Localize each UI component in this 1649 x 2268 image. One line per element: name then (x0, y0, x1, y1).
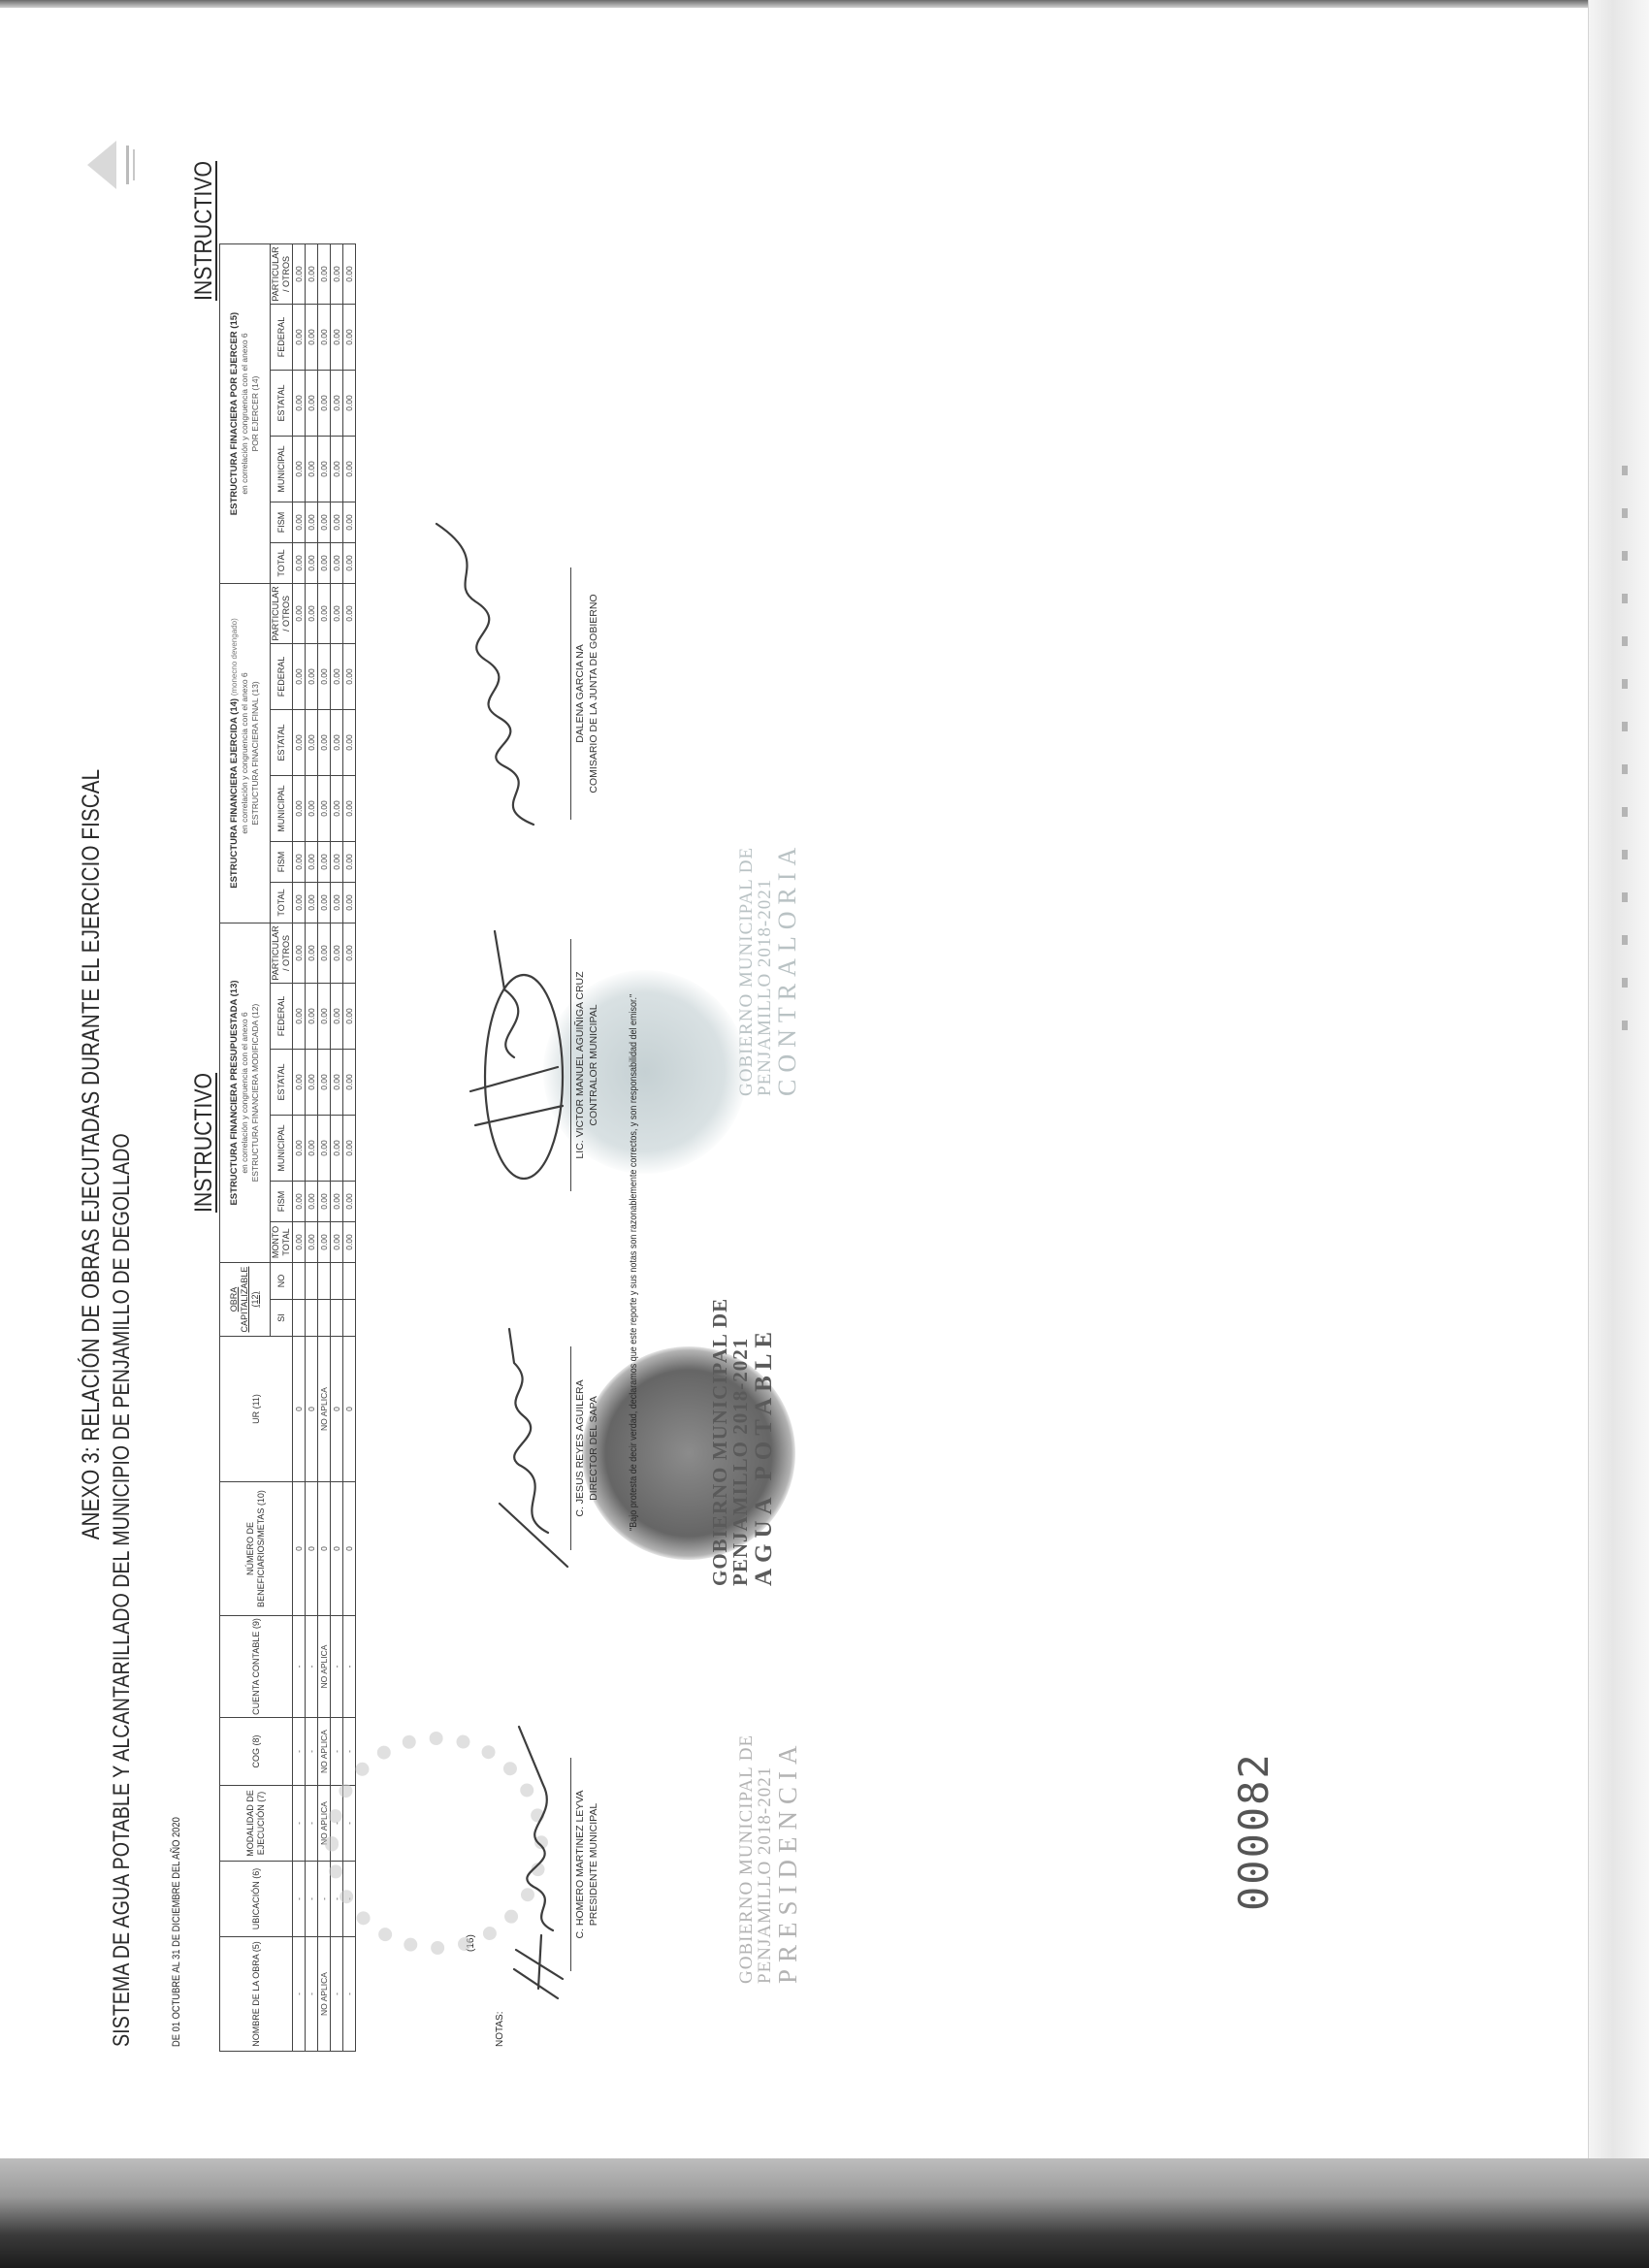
cell-nombre: - (306, 1937, 318, 2052)
cell-amount: 0.00 (331, 1182, 343, 1222)
cell-amount: 0.00 (293, 923, 306, 984)
col-nombre-obra: NOMBRE DE LA OBRA (5) (220, 1937, 293, 2052)
cell-amount: 0.00 (293, 710, 306, 776)
cell-amount: 0.00 (306, 1050, 318, 1116)
cell-cog: NO APLICA (318, 1718, 331, 1786)
stamp-contraloria: GOBIERNO MUNICIPAL DE PENJAMILLO 2018-20… (737, 841, 800, 1096)
col-cuenta-contable: CUENTA CONTABLE (9) (220, 1616, 293, 1718)
scanner-bed-shadow (0, 2158, 1649, 2268)
cell-cog: - (293, 1718, 306, 1786)
cell-si (318, 1300, 331, 1337)
cell-amount: 0.00 (318, 371, 331, 437)
cell-amount: 0.00 (318, 1116, 331, 1182)
signature-line (570, 939, 571, 1191)
cell-amount: 0.00 (293, 883, 306, 923)
cell-amount: 0.00 (343, 984, 356, 1050)
group-1-line3: ESTRUCTURA FINANCIERA MODIFICADA (12) (250, 923, 261, 1262)
signature-presidente: C. HOMERO MARTINEZ LEYVA PRESIDENTE MUNI… (570, 1758, 600, 1971)
cell-amount: 0.00 (331, 371, 343, 437)
group-ejercida: ESTRUCTURA FINANCIERA EJERCIDA (14) (mon… (220, 584, 271, 923)
signature-comisario: DALENA GARCIA NA COMISARIO DE LA JUNTA D… (570, 567, 600, 820)
subcol-g1: ESTATAL (271, 1050, 293, 1116)
cell-amount: 0.00 (343, 502, 356, 543)
cell-amount: 0.00 (331, 776, 343, 842)
cell-no (318, 1263, 331, 1300)
cell-amount: 0.00 (318, 305, 331, 371)
subcol-g2: MUNICIPAL (271, 776, 293, 842)
cell-amount: 0.00 (331, 305, 343, 371)
scan-bleed-marks (1618, 466, 1632, 1145)
stamp-line3: CONTRALORIA (775, 841, 801, 1096)
cell-amount: 0.00 (331, 883, 343, 923)
subcol-g2: FISM (271, 842, 293, 883)
signer-name: C. HOMERO MARTINEZ LEYVA (573, 1758, 587, 1971)
subcol-g2: PARTICULAR / OTROS (271, 584, 293, 644)
cell-cuenta: - (343, 1616, 356, 1718)
signature-scrawl-presidente-icon (504, 1717, 572, 2008)
table-row: -----000.000.000.000.000.000.000.000.000… (306, 244, 318, 2052)
cell-amount: 0.00 (343, 305, 356, 371)
cell-amount: 0.00 (306, 984, 318, 1050)
cell-beneficiarios: 0 (306, 1482, 318, 1616)
cell-amount: 0.00 (306, 584, 318, 644)
stamp-line1: GOBIERNO MUNICIPAL DE (737, 1734, 756, 1984)
cell-amount: 0.00 (331, 502, 343, 543)
institution-logo-icon (82, 136, 160, 194)
cell-amount: 0.00 (306, 543, 318, 584)
cell-beneficiarios: 0 (343, 1482, 356, 1616)
subcol-g1: MUNICIPAL (271, 1116, 293, 1182)
obra-capitalizable-label: OBRA CAPITALIZABLE (229, 1267, 249, 1333)
cell-amount: 0.00 (293, 502, 306, 543)
cell-amount: 0.00 (343, 883, 356, 923)
stamp-line1: GOBIERNO MUNICIPAL DE (710, 1298, 730, 1586)
cell-cuenta: - (331, 1616, 343, 1718)
col-beneficiarios: NÚMERO DE BENEFICIARIOS/METAS (10) (220, 1482, 293, 1616)
cell-amount: 0.00 (306, 305, 318, 371)
group-1-line2: en correlación y congruencia con el anex… (240, 923, 250, 1262)
signature-line (570, 1346, 571, 1550)
cell-beneficiarios: 0 (318, 1482, 331, 1616)
subcol-g2: FEDERAL (271, 644, 293, 710)
works-table: NOMBRE DE LA OBRA (5) UBICACIÓN (6) MODA… (219, 243, 356, 2052)
col-si: SI (271, 1300, 293, 1337)
cell-amount: 0.00 (343, 371, 356, 437)
stamp-line2: PENJAMILLO 2018-2021 (756, 1734, 774, 1984)
group-3-title: ESTRUCTURA FINACIERA POR EJERCER (15) (229, 312, 240, 515)
subcol-g3: FEDERAL (271, 305, 293, 371)
signature-line (570, 1758, 571, 1971)
group-2-note: (monecno devengado) (230, 618, 239, 696)
stamp-presidencia: GOBIERNO MUNICIPAL DE PENJAMILLO 2018-20… (737, 1734, 801, 1984)
signature-director: C. JESUS REYES AGUILERA DIRECTOR DEL SAP… (570, 1346, 600, 1550)
cell-amount: 0.00 (293, 1182, 306, 1222)
group-2-line2: en correlación y congruencia con el anex… (240, 584, 250, 923)
subcol-g1: PARTICULAR / OTROS (271, 923, 293, 984)
group-2-line3: ESTRUCTURA FINACIERA FINAL (13) (250, 584, 261, 923)
cell-ubicacion: - (306, 1862, 318, 1937)
cell-ur: 0 (331, 1337, 343, 1482)
cell-amount: 0.00 (318, 1182, 331, 1222)
subcol-g2: TOTAL (271, 883, 293, 923)
cell-si (331, 1300, 343, 1337)
stamp-line2: PENJAMILLO 2018-2021 (756, 841, 774, 1096)
group-presupuestada: ESTRUCTURA FINANCIERA PRESUPUESTADA (13)… (220, 923, 271, 1263)
cell-cog: - (306, 1718, 318, 1786)
subcol-g3: MUNICIPAL (271, 437, 293, 502)
cell-cog: - (331, 1718, 343, 1786)
scan-top-edge (0, 0, 1649, 8)
cell-nombre: - (343, 1937, 356, 2052)
cell-amount: 0.00 (318, 883, 331, 923)
cell-amount: 0.00 (343, 644, 356, 710)
subcol-g3: PARTICULAR / OTROS (271, 244, 293, 305)
cell-amount: 0.00 (331, 710, 343, 776)
cell-amount: 0.00 (293, 776, 306, 842)
cell-amount: 0.00 (306, 842, 318, 883)
cell-no (293, 1263, 306, 1300)
cell-amount: 0.00 (293, 244, 306, 305)
col-modalidad: MODALIDAD DE EJECUCIÓN (7) (220, 1786, 293, 1862)
col-ur: UR (11) (220, 1337, 293, 1482)
group-3-line2: en correlación y congruencia con el anex… (240, 244, 250, 583)
group-2-title: ESTRUCTURA FINANCIERA EJERCIDA (14) (229, 698, 240, 889)
col-ubicacion: UBICACIÓN (6) (220, 1862, 293, 1937)
cell-amount: 0.00 (318, 543, 331, 584)
folio-number: 000082 (1230, 1752, 1277, 1911)
cell-amount: 0.00 (318, 437, 331, 502)
cell-si (343, 1300, 356, 1337)
signature-scrawl-contralor-icon (456, 912, 572, 1183)
signer-role: DIRECTOR DEL SAPA (587, 1346, 600, 1550)
cell-nombre: NO APLICA (318, 1937, 331, 2052)
cell-amount: 0.00 (318, 776, 331, 842)
cell-amount: 0.00 (318, 502, 331, 543)
cell-no (331, 1263, 343, 1300)
cell-amount: 0.00 (331, 1222, 343, 1263)
cell-amount: 0.00 (306, 644, 318, 710)
cell-amount: 0.00 (293, 437, 306, 502)
group-por-ejercer: ESTRUCTURA FINACIERA POR EJERCER (15) en… (220, 244, 271, 584)
cell-amount: 0.00 (331, 584, 343, 644)
cell-ur: 0 (343, 1337, 356, 1482)
table-row: -----000.000.000.000.000.000.000.000.000… (293, 244, 306, 2052)
signer-role: COMISARIO DE LA JUNTA DE GOBIERNO (587, 567, 600, 820)
cell-amount: 0.00 (293, 1116, 306, 1182)
cell-amount: 0.00 (293, 543, 306, 584)
cell-amount: 0.00 (306, 1182, 318, 1222)
subcol-g1: FEDERAL (271, 984, 293, 1050)
cell-amount: 0.00 (318, 984, 331, 1050)
cell-beneficiarios: 0 (293, 1482, 306, 1616)
cell-amount: 0.00 (318, 1222, 331, 1263)
subcol-g3: FISM (271, 502, 293, 543)
cell-amount: 0.00 (343, 244, 356, 305)
cell-amount: 0.00 (318, 842, 331, 883)
cell-amount: 0.00 (343, 437, 356, 502)
cell-si (293, 1300, 306, 1337)
cell-no (306, 1263, 318, 1300)
cell-amount: 0.00 (343, 1222, 356, 1263)
cell-amount: 0.00 (331, 1050, 343, 1116)
cell-amount: 0.00 (293, 584, 306, 644)
cell-modalidad: - (306, 1786, 318, 1862)
signature-line (570, 567, 571, 820)
group-1-title: ESTRUCTURA FINANCIERA PRESUPUESTADA (13) (229, 980, 240, 1205)
cell-amount: 0.00 (318, 923, 331, 984)
cell-amount: 0.00 (343, 842, 356, 883)
cell-amount: 0.00 (331, 437, 343, 502)
cell-amount: 0.00 (343, 1116, 356, 1182)
cell-cuenta: - (306, 1616, 318, 1718)
cell-beneficiarios: 0 (331, 1482, 343, 1616)
col-cog: COG (8) (220, 1718, 293, 1786)
cell-cuenta: - (293, 1616, 306, 1718)
stamp-line3: AGUA POTABLE (752, 1298, 777, 1586)
stamp-agua-potable: GOBIERNO MUNICIPAL DE PENJAMILLO 2018-20… (710, 1298, 776, 1586)
cell-ur: 0 (306, 1337, 318, 1482)
cell-amount: 0.00 (331, 923, 343, 984)
cell-amount: 0.00 (343, 923, 356, 984)
cell-amount: 0.00 (343, 584, 356, 644)
cell-amount: 0.00 (306, 710, 318, 776)
declaration-text: "Bajo protesta de decir verdad, declaram… (629, 994, 639, 1531)
signer-name: LIC. VICTOR MANUEL AGUIÑIGA CRUZ (573, 939, 587, 1191)
cell-amount: 0.00 (306, 1116, 318, 1182)
reporting-period: DE 01 OCTUBRE AL 31 DE DICIEMBRE DEL AÑO… (171, 1817, 182, 2047)
subcol-g1: MONTO TOTAL (271, 1222, 293, 1263)
cell-amount: 0.00 (343, 1050, 356, 1116)
stamp-line1: GOBIERNO MUNICIPAL DE (737, 841, 756, 1096)
cell-si (306, 1300, 318, 1337)
subcol-g3: ESTATAL (271, 371, 293, 437)
cell-amount: 0.00 (318, 710, 331, 776)
signer-name: C. JESUS REYES AGUILERA (573, 1346, 587, 1550)
cell-nombre: - (331, 1937, 343, 2052)
col-no: NO (271, 1263, 293, 1300)
stamp-line2: PENJAMILLO 2018-2021 (730, 1298, 751, 1586)
table-row: -----000.000.000.000.000.000.000.000.000… (331, 244, 343, 2052)
signature-scrawl-director-icon (490, 1319, 572, 1571)
cell-amount: 0.00 (318, 1050, 331, 1116)
cell-amount: 0.00 (343, 1182, 356, 1222)
instructivo-link-2[interactable]: INSTRUCTIVO (190, 161, 218, 301)
cell-amount: 0.00 (343, 543, 356, 584)
instructivo-link-1[interactable]: INSTRUCTIVO (190, 1073, 218, 1213)
cell-cuenta: NO APLICA (318, 1616, 331, 1718)
obra-capitalizable-ref: (12) (250, 1292, 260, 1308)
stamp-line3: PRESIDENCIA (775, 1734, 802, 1984)
cell-amount: 0.00 (318, 244, 331, 305)
cell-amount: 0.00 (293, 842, 306, 883)
col-obra-capitalizable: OBRA CAPITALIZABLE (12) (220, 1263, 271, 1337)
cell-amount: 0.00 (306, 371, 318, 437)
cell-amount: 0.00 (293, 305, 306, 371)
cell-amount: 0.00 (331, 244, 343, 305)
subcol-g3: TOTAL (271, 543, 293, 584)
cell-amount: 0.00 (343, 776, 356, 842)
notas-label: NOTAS: (495, 2012, 505, 2047)
cell-amount: 0.00 (331, 1116, 343, 1182)
cell-amount: 0.00 (331, 543, 343, 584)
cell-amount: 0.00 (331, 984, 343, 1050)
signature-contralor: LIC. VICTOR MANUEL AGUIÑIGA CRUZ CONTRAL… (570, 939, 600, 1191)
cell-amount: 0.00 (306, 883, 318, 923)
cell-amount: 0.00 (331, 842, 343, 883)
cell-amount: 0.00 (306, 244, 318, 305)
subcol-g1: FISM (271, 1182, 293, 1222)
cell-amount: 0.00 (318, 584, 331, 644)
cell-ubicacion: - (293, 1862, 306, 1937)
cell-amount: 0.00 (293, 371, 306, 437)
cell-amount: 0.00 (293, 984, 306, 1050)
cell-amount: 0.00 (306, 923, 318, 984)
signer-name: DALENA GARCIA NA (573, 567, 587, 820)
cell-nombre: - (293, 1937, 306, 2052)
cell-amount: 0.00 (306, 437, 318, 502)
document-title: ANEXO 3: RELACIÓN DE OBRAS EJECUTADAS DU… (78, 605, 106, 1703)
cell-amount: 0.00 (293, 644, 306, 710)
subcol-g2: ESTATAL (271, 710, 293, 776)
signature-scrawl-comisario-icon (407, 514, 563, 834)
table-row: NO APLICA-NO APLICANO APLICANO APLICA0NO… (318, 244, 331, 2052)
rotated-document-sheet: ANEXO 3: RELACIÓN DE OBRAS EJECUTADAS DU… (0, 10, 1571, 2154)
cell-modalidad: - (293, 1786, 306, 1862)
cell-amount: 0.00 (306, 1222, 318, 1263)
group-3-line3: POR EJERCER (14) (250, 244, 261, 583)
cell-ur: 0 (293, 1337, 306, 1482)
cell-no (343, 1263, 356, 1300)
cell-amount: 0.00 (343, 710, 356, 776)
signer-role: PRESIDENTE MUNICIPAL (587, 1758, 600, 1971)
cell-amount: 0.00 (306, 776, 318, 842)
cell-amount: 0.00 (306, 502, 318, 543)
document-subtitle: SISTEMA DE AGUA POTABLE Y ALCANTARILLADO… (109, 854, 136, 2047)
cell-amount: 0.00 (293, 1050, 306, 1116)
cell-ur: NO APLICA (318, 1337, 331, 1482)
cell-amount: 0.00 (331, 644, 343, 710)
cell-amount: 0.00 (293, 1222, 306, 1263)
signer-role: CONTRALOR MUNICIPAL (587, 939, 600, 1191)
cell-amount: 0.00 (318, 644, 331, 710)
